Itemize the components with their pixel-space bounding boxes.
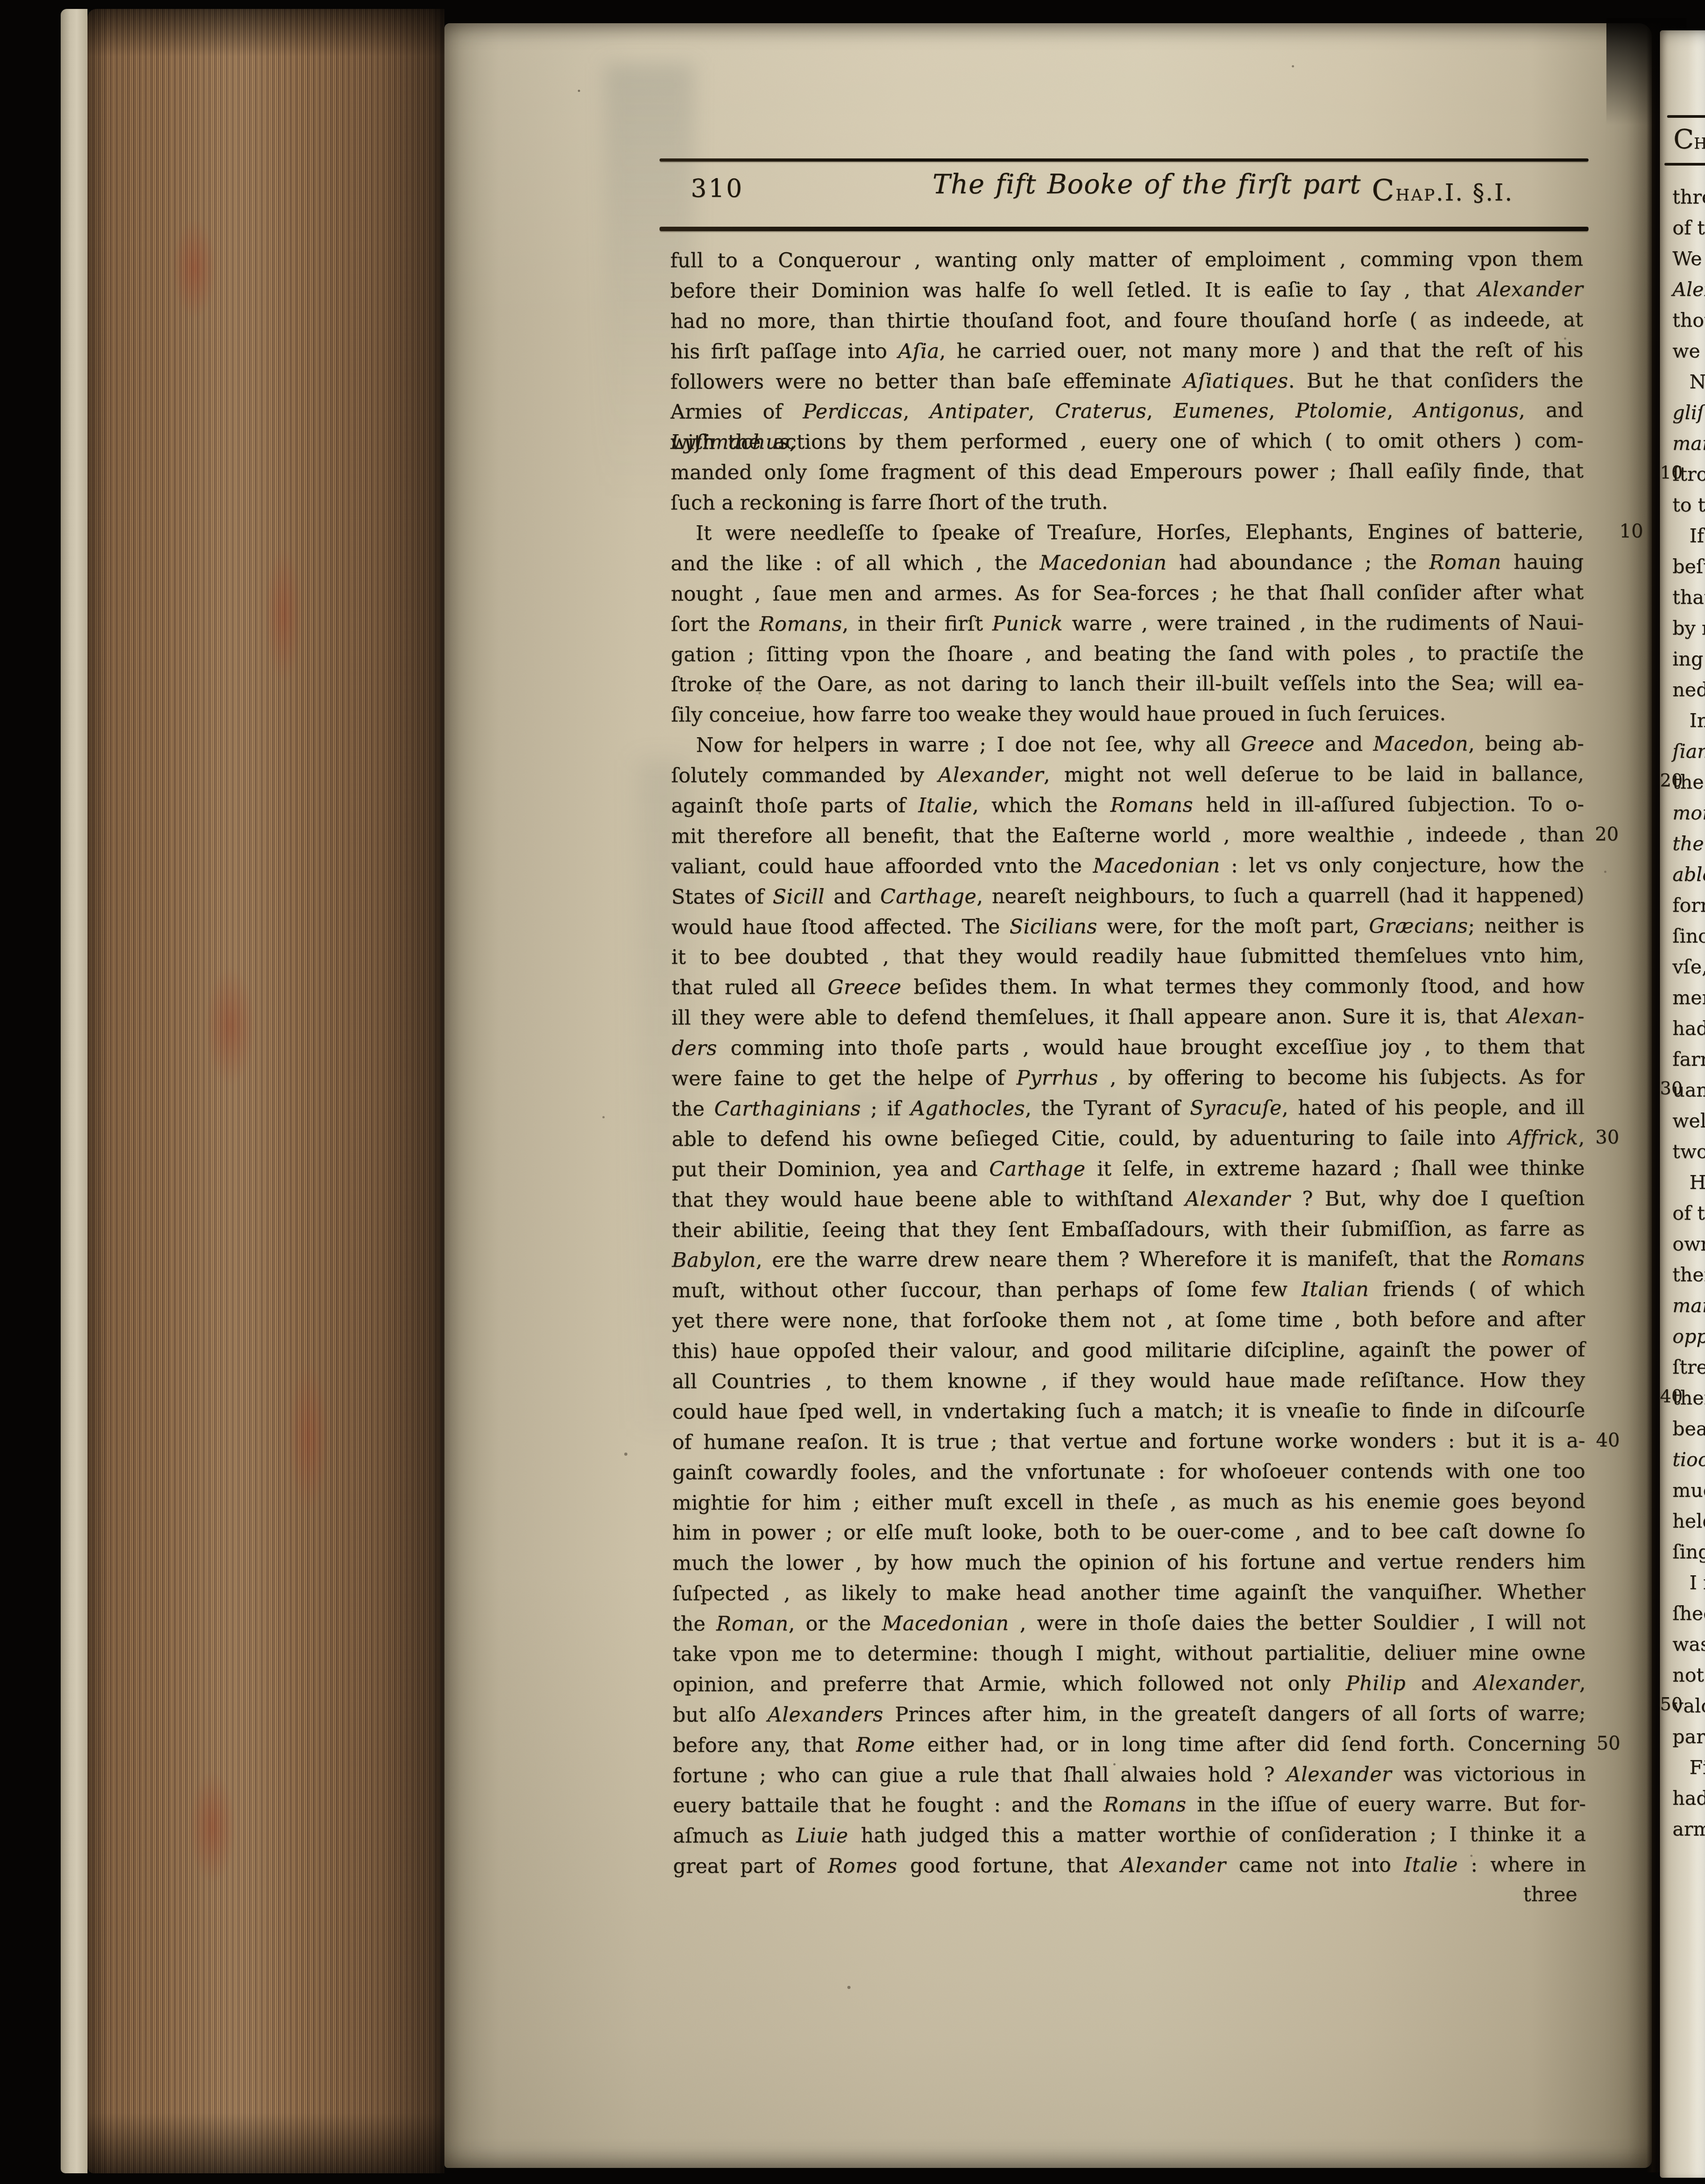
text-line: muſt, without other ſuccour, than perhap… (672, 1274, 1585, 1305)
italic-text: ders (672, 1036, 717, 1060)
book-cover-edge (61, 9, 87, 2173)
roman-text: able to defend his owne beſieged Citie, … (672, 1125, 1508, 1150)
roman-text: before any, that (673, 1733, 856, 1757)
facing-text-line: ſhee had (1660, 1599, 1705, 1629)
roman-text: with the actions by them performed , eue… (671, 429, 1584, 454)
text-line: take vpon me to determine: though I migh… (672, 1637, 1585, 1669)
roman-text: was very (1672, 1633, 1705, 1656)
facing-text-line: the A20 (1660, 767, 1705, 798)
facing-text-line: In (1660, 706, 1705, 736)
facing-text-line: held wer (1660, 1506, 1705, 1537)
roman-text: warre , were trained , in the rudiments … (1063, 610, 1584, 635)
italic-text: ſians (1672, 740, 1705, 763)
roman-text: comming into thoſe parts , would haue br… (717, 1034, 1585, 1059)
facing-text-line: uantage30 (1660, 1075, 1705, 1106)
roman-text: by no (1672, 617, 1705, 639)
text-line: ſuſpected , as likely to make head anoth… (672, 1577, 1585, 1608)
roman-text: I ſhall (1689, 1572, 1705, 1594)
italic-text: Alexander (938, 763, 1043, 786)
italic-text: many (1672, 1295, 1705, 1317)
text-line: Armies of Perdiccas, Antipater, Craterus… (670, 395, 1583, 427)
roman-text: of humane reaſon. It is true ; that vert… (672, 1428, 1585, 1454)
roman-text: either had, or in long time after did ſe… (915, 1731, 1586, 1756)
roman-text: aſmuch as (673, 1824, 796, 1848)
italic-text: Antigonus (1414, 399, 1519, 422)
italic-text: Alexander (1286, 1762, 1392, 1786)
roman-text: manded only ſome fragment of this dead E… (671, 459, 1584, 484)
roman-text: We ma (1672, 248, 1705, 270)
roman-text: came not into (1226, 1853, 1404, 1877)
roman-text: owne (1672, 1233, 1705, 1255)
roman-text: of that (1672, 217, 1705, 239)
italic-text: Babylon (672, 1248, 756, 1272)
margin-line-number: 50 (1597, 1734, 1632, 1752)
facing-text-line: of that (1660, 213, 1705, 244)
margin-line-number: 20 (1595, 825, 1630, 843)
facing-text-line: many (1660, 1291, 1705, 1321)
italic-text: Perdiccas (803, 399, 903, 423)
italic-text: oppre (1672, 1325, 1705, 1348)
roman-text: ſince. T (1672, 925, 1705, 947)
roman-text: , he carried ouer, not many more ) and t… (939, 338, 1583, 363)
facing-head-rule-bottom (1664, 163, 1705, 166)
facing-text-line: that ſh (1660, 582, 1705, 613)
roman-text: : where in (1458, 1852, 1586, 1877)
italic-text: Macedonian (1040, 551, 1167, 574)
text-line: aſmuch as Liuie hath judged this a matte… (673, 1819, 1586, 1851)
roman-text: friends ( of which (1369, 1277, 1585, 1301)
roman-text: and (1315, 732, 1373, 756)
text-line: this) haue oppoſed their valour, and goo… (672, 1334, 1585, 1366)
roman-text: ; if (861, 1096, 910, 1120)
roman-text: had no more, than thirtie thouſand foot,… (670, 307, 1583, 333)
page-stack-fore-edge (87, 9, 444, 2173)
roman-text: there (1672, 1264, 1705, 1286)
roman-text: put their Dominion, yea and (672, 1157, 989, 1181)
text-line: ſuch a reckoning is farre ſhort of the t… (671, 486, 1584, 518)
facing-text-line: them , (1660, 829, 1705, 859)
roman-text: States of (671, 884, 772, 908)
roman-text: held in ill-aſſured ſubjection. To o- (1193, 792, 1584, 817)
roman-text: , (1578, 1125, 1585, 1149)
facing-text-line: mans on (1660, 428, 1705, 459)
roman-text: was victorious in (1392, 1762, 1586, 1786)
roman-text: two gr (1672, 1141, 1705, 1163)
roman-text: ſing her a (1672, 1541, 1705, 1563)
roman-text: ing fa (1672, 648, 1705, 670)
facing-text-line: though (1660, 305, 1705, 336)
roman-text: all Countries , to them knowne , if they… (672, 1368, 1585, 1393)
roman-text: this) haue oppoſed their valour, and goo… (672, 1337, 1585, 1363)
text-line: but alſo Alexanders Princes after him, i… (672, 1698, 1585, 1730)
roman-text: good fortune, that (897, 1853, 1121, 1877)
roman-text: , being ab- (1468, 731, 1584, 755)
text-line: opinion, and preferre that Armie, which … (672, 1668, 1585, 1699)
facing-margin-line-number: 10 (1660, 464, 1683, 482)
roman-text: that they would haue beene able to withſ… (672, 1187, 1185, 1211)
text-line: could haue ſped well, in vndertaking ſuc… (672, 1395, 1585, 1427)
facing-margin-line-number: 20 (1660, 772, 1683, 789)
facing-text-line: vſe, tha (1660, 952, 1705, 983)
book-photograph: 310 The fift Booke of the firſt part Cha… (0, 0, 1705, 2184)
head-rule-top (660, 158, 1589, 162)
roman-text: him in power ; or elſe muſt looke, both … (672, 1520, 1585, 1545)
margin-line-number: 40 (1596, 1431, 1631, 1449)
italic-text: Sicill (772, 884, 825, 908)
roman-text: were faine to get the helpe of (672, 1066, 1016, 1090)
facing-text-line: monly (1660, 798, 1705, 829)
facing-text-line: not ſo id (1660, 1660, 1705, 1691)
text-line: euery battaile that he fought : and the … (673, 1789, 1586, 1821)
italic-text: Greece (1240, 732, 1315, 756)
roman-text: muſt, without other ſuccour, than perhap… (672, 1278, 1302, 1302)
facing-text-line: ſians (1660, 736, 1705, 767)
roman-text: gation ; ſitting vpon the ſhoare , and b… (671, 641, 1584, 666)
paper-specks (444, 23, 446, 25)
italic-text: Macedonian (1093, 853, 1220, 877)
roman-text: not ſo id (1672, 1664, 1705, 1686)
roman-text: He (1689, 1171, 1705, 1194)
roman-text: , neareſt neighbours, to ſuch a quarrell… (977, 883, 1585, 908)
roman-text: valiant, could haue affoorded vnto the (671, 854, 1093, 878)
facing-text-line: beaten, (1660, 1414, 1705, 1445)
italic-text: Macedonian (882, 1611, 1009, 1635)
facing-text-line: ſing her a (1660, 1537, 1705, 1568)
roman-text: that ſh (1672, 586, 1705, 609)
italic-text: Aſiatiques (1183, 369, 1288, 392)
facing-text-line: farre ou (1660, 1044, 1705, 1075)
italic-text: Ptolomie (1295, 399, 1387, 422)
roman-text: : let vs only conjecture, how the (1220, 853, 1584, 877)
text-line: the Carthaginians ; if Agathocles, the T… (672, 1092, 1585, 1124)
roman-text: and (1406, 1671, 1474, 1695)
italic-text: Affrick (1508, 1125, 1578, 1149)
roman-text: vſe, tha (1672, 956, 1705, 978)
italic-text: Rome (856, 1732, 915, 1756)
left-page: 310 The fift Booke of the firſt part Cha… (444, 23, 1652, 2168)
italic-text: Romans (1103, 1793, 1186, 1816)
facing-text-line: was very (1660, 1629, 1705, 1660)
roman-text: farre ou (1672, 1048, 1705, 1071)
italic-text: Liuie (796, 1823, 848, 1847)
roman-text: nought , ſaue men and armes. As for Sea-… (671, 580, 1584, 606)
roman-text: their abilitie, ſeeing that they ſent Em… (672, 1217, 1585, 1242)
roman-text: hath judged this a matter worthie of con… (848, 1823, 1586, 1848)
roman-text: would haue ſtood affected. The (671, 914, 1009, 938)
roman-text: euery battaile that he fought : and the (673, 1793, 1103, 1818)
text-line: all Countries , to them knowne , if they… (672, 1365, 1585, 1396)
facing-text-line: ned a (1660, 675, 1705, 706)
facing-text-line: Now (1660, 367, 1705, 398)
roman-text: that ruled all (672, 976, 828, 1000)
italic-text: tiochus (1672, 1449, 1705, 1471)
roman-text: , (1146, 399, 1173, 423)
facing-text-line: ing fa (1660, 644, 1705, 675)
roman-text: forme, a (1672, 894, 1705, 917)
italic-text: Romans (1110, 793, 1193, 817)
roman-text: yet there were none, that forſooke them … (672, 1307, 1585, 1333)
facing-text-line: much of (1660, 1475, 1705, 1506)
catchword: three (672, 1882, 1585, 1906)
roman-text: Now for helpers in warre ; I doe not ſee… (696, 732, 1241, 757)
italic-text: Alexander (1120, 1853, 1226, 1877)
facing-text-line: well ob (1660, 1106, 1705, 1137)
italic-text: Antipater (930, 399, 1028, 423)
roman-text: ; neither is (1468, 913, 1585, 937)
facing-text-line: we cann (1660, 336, 1705, 367)
text-line: great part of Romes good fortune, that A… (673, 1849, 1586, 1881)
facing-text-line: had to d (1660, 1013, 1705, 1044)
roman-text: ſtroke of the Oare, as not daring to lan… (671, 671, 1584, 697)
facing-text-line: I ſhall (1660, 1568, 1705, 1599)
roman-text: to the (1672, 494, 1705, 516)
roman-text: gainſt cowardly fooles, and the vnfortun… (672, 1459, 1585, 1484)
roman-text: , (903, 399, 929, 423)
facing-text-line: We ma (1660, 244, 1705, 274)
roman-text: , (1028, 399, 1055, 423)
roman-text: the (672, 1097, 714, 1121)
italic-text: Greece (828, 975, 902, 999)
text-line: States of Sicill and Carthage, neareſt n… (671, 880, 1584, 912)
text-line: mightie for him ; either muſt excell in … (672, 1486, 1585, 1518)
roman-text: mit therefore all benefit, that the Eaſt… (671, 822, 1584, 848)
italic-text: Alexander (1478, 277, 1583, 301)
italic-text: able to (1672, 864, 1705, 886)
italic-text: them , (1672, 833, 1705, 855)
text-line: their abilitie, ſeeing that they ſent Em… (672, 1213, 1585, 1245)
text-line: his firſt paſſage into Aſia, he carried … (670, 335, 1583, 366)
roman-text: three y (1672, 186, 1705, 208)
roman-text: , (1579, 1671, 1585, 1694)
italic-text: Romans (1502, 1247, 1585, 1271)
roman-text: partiall (1672, 1726, 1705, 1748)
text-line: It were needleſſe to ſpeake of Treaſure,… (671, 516, 1584, 548)
facing-text-line: Firſ (1660, 1752, 1705, 1783)
facing-text-line: owne (1660, 1229, 1705, 1260)
text-line: with the actions by them performed , eue… (671, 426, 1584, 457)
roman-text: ill they were able to defend themſelues,… (672, 1005, 1507, 1030)
facing-text-line: ments o (1660, 983, 1705, 1013)
roman-text: ned a (1672, 679, 1705, 701)
roman-text: had aboundance ; the (1167, 550, 1429, 574)
roman-text: , which the (972, 793, 1110, 817)
roman-text: , might not well deſerue to be laid in b… (1044, 762, 1584, 786)
facing-text-line: had ne (1660, 1783, 1705, 1814)
italic-text: Macedon (1373, 732, 1468, 756)
roman-text: it to bee doubted , that they would read… (672, 944, 1585, 969)
facing-chapter-heading: Chap (1673, 124, 1705, 155)
text-line: gation ; ſitting vpon the ſhoare , and b… (671, 638, 1584, 669)
facing-text-line: He (1660, 1167, 1705, 1198)
roman-text: In (1689, 710, 1705, 732)
roman-text: Armies of (670, 400, 803, 424)
italic-text: Carthaginians (714, 1096, 861, 1121)
text-line: that ruled all Greece beſides them. In w… (672, 971, 1585, 1003)
roman-text: held wer (1672, 1510, 1705, 1532)
roman-text: , (1387, 399, 1414, 422)
italic-text: Italian (1302, 1277, 1369, 1301)
roman-text: and (825, 884, 880, 908)
text-line: full to a Conquerour , wanting only matt… (670, 244, 1583, 275)
facing-text-line: ſtroue al10 (1660, 459, 1705, 490)
roman-text: , (1269, 399, 1295, 423)
text-line: yet there were none, that forſooke them … (672, 1304, 1585, 1336)
roman-text: ſuſpected , as likely to make head anoth… (672, 1580, 1585, 1605)
facing-text-line: oppre (1660, 1321, 1705, 1352)
facing-text-line: If th (1660, 521, 1705, 552)
italic-text: Roman (1429, 550, 1502, 573)
roman-text: much the lower , by how much the opinion… (672, 1550, 1585, 1575)
roman-text: Princes after him, in the greateſt dange… (884, 1701, 1586, 1726)
facing-text-line: forme, a (1660, 890, 1705, 921)
italic-text: Græcians (1369, 913, 1468, 937)
text-line: ſtroke of the Oare, as not daring to lan… (671, 668, 1584, 700)
facing-text-line: two gr (1660, 1137, 1705, 1167)
facing-text-line: ſtrengt (1660, 1352, 1705, 1383)
text-line: gainſt cowardly fooles, and the vnfortun… (672, 1456, 1585, 1487)
facing-text-line: able to (1660, 859, 1705, 890)
roman-text: , or the (788, 1611, 882, 1635)
italic-text: Punick (992, 611, 1062, 635)
roman-text: it ſelfe, in extreme hazard ; ſhall wee … (1086, 1156, 1585, 1180)
italic-text: Romes (828, 1854, 897, 1877)
text-line: were faine to get the helpe of Pyrrhus ,… (672, 1062, 1585, 1093)
text-line: had no more, than thirtie thouſand foot,… (670, 304, 1583, 336)
facing-text-line: beſt W (1660, 552, 1705, 582)
italic-text: Agathocles (911, 1096, 1025, 1120)
roman-text: though (1672, 309, 1705, 332)
roman-text: , hated of his people, and ill (1282, 1095, 1585, 1119)
text-line: much the lower , by how much the opinion… (672, 1547, 1585, 1578)
roman-text: opinion, and preferre that Armie, which … (672, 1671, 1346, 1696)
facing-text-line: ſince. T (1660, 921, 1705, 952)
text-line: of humane reaſon. It is true ; that vert… (672, 1425, 1585, 1457)
roman-text: , ere the warre drew neare them ? Wheref… (756, 1247, 1502, 1272)
roman-text: and the like : of all which , the (671, 551, 1040, 575)
roman-text: followers were no better than baſe effem… (670, 369, 1183, 393)
italic-text: Roman (716, 1611, 788, 1635)
text-line: valiant, could haue affoorded vnto the M… (671, 850, 1584, 881)
italic-text: Syracuſe (1190, 1096, 1282, 1119)
text-line: followers were no better than baſe effem… (670, 365, 1583, 397)
text-line: would haue ſtood affected. The Sicilians… (671, 910, 1584, 942)
italic-text: Eumenes (1174, 399, 1269, 423)
facing-margin-line-number: 30 (1660, 1080, 1683, 1097)
facing-margin-line-number: 40 (1660, 1387, 1683, 1405)
roman-text: ſolutely commanded by (671, 763, 938, 787)
roman-text: Now (1689, 371, 1705, 393)
text-line: and the like : of all which , the Macedo… (671, 547, 1584, 578)
roman-text: before their Dominion was halfe ſo well … (670, 278, 1478, 303)
margin-line-number: 30 (1595, 1128, 1631, 1146)
head-rule-bottom (660, 227, 1589, 231)
roman-text: armie, (1672, 1818, 1705, 1840)
roman-text: had to d (1672, 1017, 1705, 1040)
text-line: that they would haue beene able to withſ… (672, 1183, 1585, 1215)
text-line: ſily conceiue, how farre too weake they … (671, 698, 1584, 730)
roman-text: well ob (1672, 1110, 1705, 1132)
italic-text: Alexan- (1507, 1004, 1585, 1028)
text-line: the Roman, or the Macedonian , were in t… (672, 1607, 1585, 1639)
text-line: ders comming into thoſe parts , would ha… (672, 1031, 1585, 1063)
roman-text: beſt W (1672, 556, 1705, 578)
italic-text: Italie (1404, 1853, 1458, 1877)
italic-text: Alexan (1672, 278, 1705, 301)
text-line: him in power ; or elſe muſt looke, both … (672, 1516, 1585, 1548)
italic-text: monly (1672, 802, 1705, 824)
roman-text: take vpon me to determine: though I migh… (672, 1640, 1585, 1666)
roman-text: It were needleſſe to ſpeake of Treaſure,… (696, 519, 1584, 544)
italic-text: Alexanders (767, 1702, 884, 1726)
facing-text-line: gliſhman (1660, 398, 1705, 428)
roman-text: but alſo (673, 1702, 767, 1726)
italic-text: mans (1672, 432, 1705, 455)
roman-text: ſuch a reckoning is farre ſhort of the t… (671, 490, 1108, 515)
facing-text-line: armie, (1660, 1814, 1705, 1845)
text-line: againſt thoſe parts of Italie, which the… (671, 789, 1584, 821)
running-title: The fift Booke of the firſt part (924, 169, 1370, 200)
italic-text: Sicilians (1009, 914, 1097, 938)
roman-text: full to a Conquerour , wanting only matt… (670, 247, 1583, 272)
roman-text: great part of (673, 1854, 828, 1878)
roman-text: ments o (1672, 987, 1705, 1009)
roman-text: , were in thoſe daies the better Souldie… (1009, 1610, 1585, 1635)
text-line: mit therefore all benefit, that the Eaſt… (671, 819, 1584, 851)
roman-text: in the iſſue of euery warre. But for- (1186, 1792, 1585, 1817)
roman-text: his firſt paſſage into (670, 339, 898, 363)
chapter-section-heading: Chap.I. §.I. (1372, 173, 1514, 208)
roman-text: were, for the moſt part, (1097, 914, 1369, 938)
roman-text: beſides them. In what termes they common… (901, 974, 1585, 999)
roman-text: fortune ; who can giue a rule that ſhall… (673, 1762, 1286, 1787)
text-line: able to defend his owne beſieged Citie, … (672, 1122, 1585, 1154)
facing-text-line: there (1660, 1260, 1705, 1291)
italic-text: Philip (1346, 1671, 1406, 1695)
folio-page-number: 310 (691, 174, 744, 203)
roman-text: hauing (1502, 550, 1584, 573)
roman-text: mightie for him ; either muſt excell in … (672, 1489, 1585, 1515)
facing-text-line: of the (1660, 1198, 1705, 1229)
roman-text: could haue ſped well, in vndertaking ſuc… (672, 1398, 1585, 1424)
roman-text: againſt thoſe parts of (671, 793, 918, 818)
roman-text: ſort the (671, 612, 759, 635)
facing-text-line: by no (1660, 613, 1705, 644)
roman-text: we cann (1672, 340, 1705, 362)
roman-text: , and (1519, 399, 1584, 422)
italic-text: Carthage (880, 884, 976, 908)
margin-line-number: 10 (1594, 522, 1630, 540)
facing-text-line: partiall (1660, 1722, 1705, 1752)
text-line: nought , ſaue men and armes. As for Sea-… (671, 577, 1584, 609)
roman-text: . But he that conſiders the (1288, 368, 1583, 392)
facing-text-line: them a40 (1660, 1383, 1705, 1414)
roman-text: ? But, why doe I queſtion (1290, 1186, 1585, 1210)
roman-text: of the (1672, 1202, 1705, 1225)
italic-text: gliſhman (1672, 402, 1705, 424)
gutter-shadow (1647, 23, 1661, 2172)
roman-text: If th (1689, 525, 1705, 547)
roman-text: beaten, (1672, 1418, 1705, 1440)
text-line: put their Dominion, yea and Carthage it … (672, 1153, 1585, 1184)
italic-text: Pyrrhus (1016, 1066, 1098, 1089)
facing-text-line: valour50 (1660, 1691, 1705, 1722)
text-block: full to a Conquerour , wanting only matt… (670, 244, 1586, 1881)
facing-margin-line-number: 50 (1660, 1695, 1683, 1713)
italic-text: Alexander (1474, 1671, 1579, 1694)
italic-text: Alexander (1185, 1187, 1290, 1210)
facing-head-rule-top (1667, 115, 1705, 118)
roman-text: had ne (1672, 1787, 1705, 1810)
